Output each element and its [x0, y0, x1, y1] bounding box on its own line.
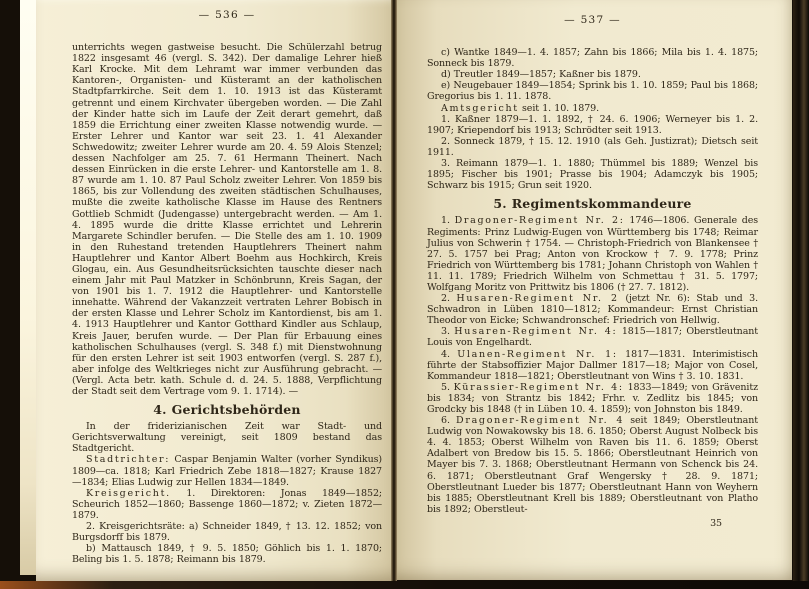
- section-heading-gerichtsbehoerden: 4. Gerichtsbehörden: [72, 404, 382, 415]
- regiment-text: 1746—1806. Generale des Regiments: Prinz…: [427, 215, 758, 293]
- paragraph-stadtrichter: Stadtrichter: Caspar Benjamin Walter (vo…: [72, 454, 382, 487]
- regiment-number: 2.: [441, 293, 456, 304]
- paragraph-kreisgerichtsraete-c: c) Wantke 1849—1. 4. 1857; Zahn bis 1866…: [427, 47, 758, 69]
- page-number-header-536: — 536 —: [72, 10, 382, 21]
- regiment-entry-3: 3. Husaren-Regiment Nr. 4: 1815—1817; Ob…: [427, 326, 758, 348]
- paragraph-school-history: unterrichts wegen gastweise besucht. Die…: [72, 42, 382, 397]
- regiment-number: 3.: [441, 326, 454, 337]
- right-page: — 537 — c) Wantke 1849—1. 4. 1857; Zahn …: [397, 0, 792, 580]
- paragraph-amtsgericht-3: 3. Reimann 1879—1. 1. 1880; Thümmel bis …: [427, 158, 758, 191]
- signature-number: 35: [427, 518, 758, 529]
- regiment-name: Kürassier-Regiment Nr. 4:: [454, 382, 624, 393]
- regiment-text: seit 1849; Oberstleutnant Ludwig von Now…: [427, 415, 758, 515]
- regiment-name: Ulanen-Regiment Nr. 1:: [457, 349, 618, 360]
- regiment-entry-4: 4. Ulanen-Regiment Nr. 1: 1817—1831. Int…: [427, 349, 758, 382]
- stadtrichter-label: Stadtrichter:: [86, 454, 170, 465]
- bottom-scan-edge: [0, 581, 809, 589]
- regiment-entry-6: 6. Dragoner-Regiment Nr. 4 seit 1849; Ob…: [427, 415, 758, 515]
- regiment-entry-2: 2. Husaren-Regiment Nr. 2 (jetzt Nr. 6):…: [427, 293, 758, 326]
- paragraph-courts-intro: In der friderizianischen Zeit war Stadt-…: [72, 421, 382, 454]
- scanned-book-spread: — 536 — unterrichts wegen gastweise besu…: [0, 0, 809, 589]
- paragraph-amtsgericht-2: 2. Sonneck 1879, † 15. 12. 1910 (als Geh…: [427, 136, 758, 158]
- regiment-number: 5.: [441, 382, 454, 393]
- kreisgericht-label: Kreisgericht.: [86, 488, 171, 499]
- page-number-header-537: — 537 —: [427, 15, 758, 26]
- section-heading-regimentskommandeure: 5. Regimentskommandeure: [427, 198, 758, 209]
- amtsgericht-label: Amtsgericht: [441, 103, 519, 114]
- regiment-number: 1.: [441, 215, 455, 226]
- left-page: — 536 — unterrichts wegen gastweise besu…: [36, 0, 392, 581]
- regiment-name: Dragoner-Regiment Nr. 2:: [455, 215, 625, 226]
- regiment-number: 6.: [441, 415, 456, 426]
- paragraph-amtsgericht: Amtsgericht seit 1. 10. 1879.: [427, 103, 758, 114]
- paragraph-kreisgerichtsraete-e: e) Neugebauer 1849—1854; Sprink bis 1. 1…: [427, 80, 758, 102]
- book-edge-right: [793, 0, 809, 589]
- page-stack-edge: [20, 0, 36, 575]
- amtsgericht-text: seit 1. 10. 1879.: [519, 103, 599, 114]
- regiment-number: 4.: [441, 349, 457, 360]
- paragraph-kreisgerichtsraete-d: d) Treutler 1849—1857; Kaßner bis 1879.: [427, 69, 758, 80]
- paragraph-kreisgericht: Kreisgericht. 1. Direktoren: Jonas 1849—…: [72, 488, 382, 521]
- regiment-name: Dragoner-Regiment Nr. 4: [456, 415, 624, 426]
- regiment-entry-5: 5. Kürassier-Regiment Nr. 4: 1833—1849; …: [427, 382, 758, 415]
- paragraph-kreisgerichtsraete-b: b) Mattausch 1849, † 9. 5. 1850; Göhlich…: [72, 543, 382, 565]
- regiment-name: Husaren-Regiment Nr. 4:: [454, 326, 617, 337]
- left-page-text: — 536 — unterrichts wegen gastweise besu…: [36, 0, 392, 565]
- paragraph-amtsgericht-1: 1. Kaßner 1879—1. 1. 1892, † 24. 6. 1906…: [427, 114, 758, 136]
- regiment-entry-1: 1. Dragoner-Regiment Nr. 2: 1746—1806. G…: [427, 215, 758, 293]
- regiment-name: Husaren-Regiment Nr. 2: [456, 293, 618, 304]
- paragraph-kreisgerichtsraete-a: 2. Kreisgerichtsräte: a) Schneider 1849,…: [72, 521, 382, 543]
- right-page-text: — 537 — c) Wantke 1849—1. 4. 1857; Zahn …: [397, 0, 792, 529]
- book-edge-left: [0, 0, 20, 589]
